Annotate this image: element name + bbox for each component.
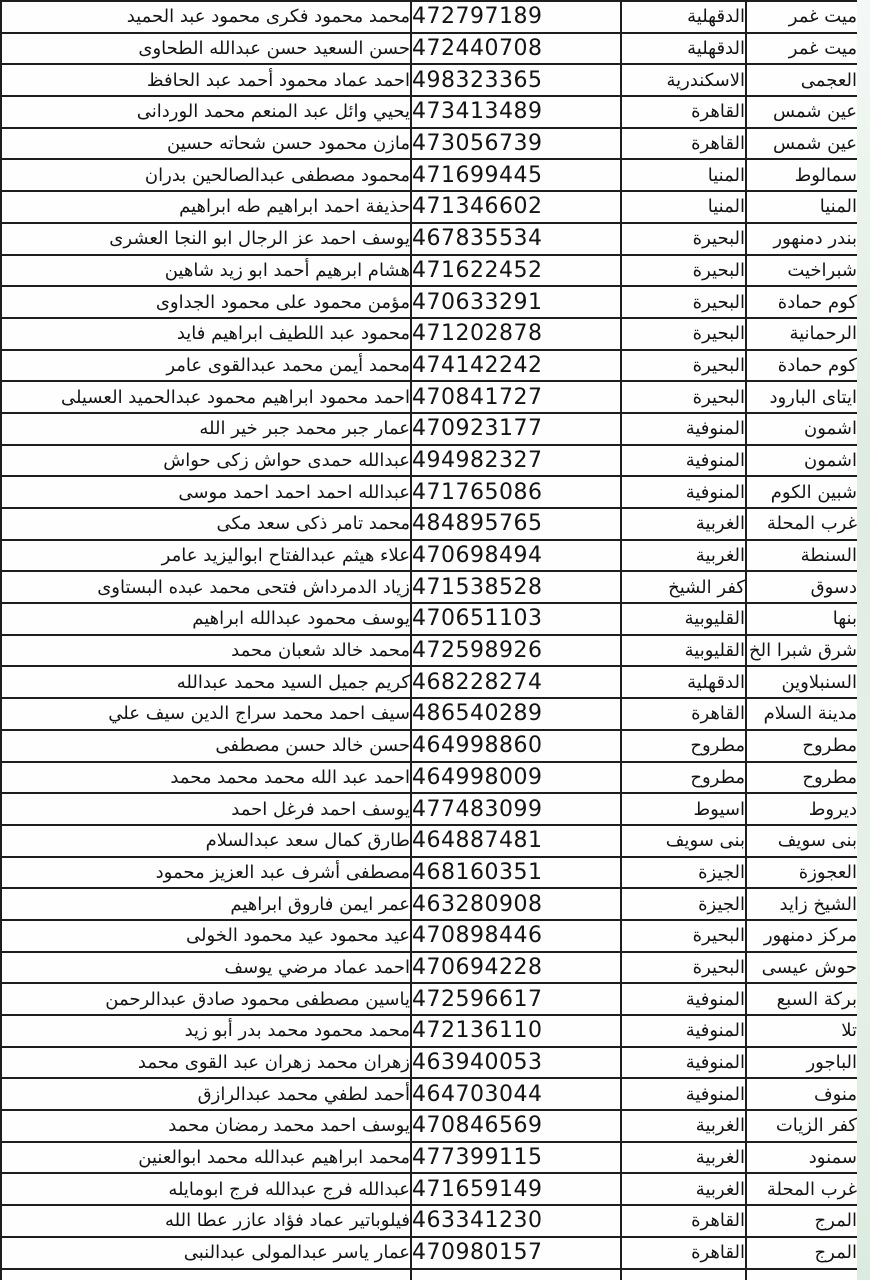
- name-cell: عبدالله فرج عبدالله فرج ابومايله: [1, 1173, 411, 1205]
- district-cell: مطروح: [746, 762, 858, 794]
- name-cell: محمود عبد اللطيف ابراهيم فايد: [1, 318, 411, 350]
- table-row: المرجالقاهرة470980157عمار ياسر عبدالمولى…: [1, 1237, 858, 1269]
- governorate-cell: المنوفية: [621, 476, 746, 508]
- name-cell: ياسين مصطفى محمود صادق عبدالرحمن: [1, 983, 411, 1015]
- governorate-cell: القاهرة: [621, 698, 746, 730]
- table-row: ديروطاسيوط477483099يوسف احمد فرغل احمد: [1, 793, 858, 825]
- table-row: العجمىالاسكندرية498323365احمد عماد محمود…: [1, 64, 858, 96]
- id-number-cell: 494982327: [411, 445, 621, 477]
- district-cell: سمالوط: [746, 159, 858, 191]
- table-row: بنى سويفبنى سويف464887481طارق كمال سعد ع…: [1, 825, 858, 857]
- name-cell: احمد عبد الله محمد محمد محمد: [1, 762, 411, 794]
- table-row: ايتاى البارودالبحيرة470841727احمد محمود …: [1, 381, 858, 413]
- district-cell: ديروط: [746, 793, 858, 825]
- table-row: كوم حمادةالبحيرة470633291مؤمن محمود على …: [1, 286, 858, 318]
- name-cell: محمد محمود محمد بدر أبو زيد: [1, 1015, 411, 1047]
- name-cell-empty: [1, 1269, 411, 1280]
- id-number-cell: 472598926: [411, 635, 621, 667]
- district-cell: اشمون: [746, 445, 858, 477]
- name-cell: يحيي وائل عبد المنعم محمد الوردانى: [1, 96, 411, 128]
- governorate-cell: المنيا: [621, 159, 746, 191]
- table-row: سمالوطالمنيا471699445محمود مصطفى عبدالصا…: [1, 159, 858, 191]
- id-number-cell: 470980157: [411, 1237, 621, 1269]
- district-cell: غرب المحلة: [746, 508, 858, 540]
- table-row: غرب المحلةالغربية484895765محمد تامر ذكى …: [1, 508, 858, 540]
- governorate-cell: البحيرة: [621, 350, 746, 382]
- table-row: السنبلاوينالدقهلية468228274كريم جميل الس…: [1, 666, 858, 698]
- scan-edge-strip: [857, 0, 870, 1280]
- id-number-cell: 470923177: [411, 413, 621, 445]
- name-cell: عمر ايمن فاروق ابراهيم: [1, 888, 411, 920]
- roster-table: ميت غمرالدقهلية472797189محمد محمود فكرى …: [0, 0, 859, 1280]
- district-cell: مركز دمنهور: [746, 920, 858, 952]
- table-row: كفر الزياتالغربية470846569يوسف احمد محمد…: [1, 1110, 858, 1142]
- name-cell: عمار ياسر عبدالمولى عبدالنبى: [1, 1237, 411, 1269]
- id-number-cell: 477483099: [411, 793, 621, 825]
- table-row: ميت غمرالدقهلية472440708حسن السعيد حسن ع…: [1, 33, 858, 65]
- district-cell: كوم حمادة: [746, 350, 858, 382]
- name-cell: زهران محمد زهران عبد القوى محمد: [1, 1047, 411, 1079]
- district-cell: كفر الزيات: [746, 1110, 858, 1142]
- district-cell: منوف: [746, 1078, 858, 1110]
- name-cell: فيلوباتير عماد فؤاد عازر عطا الله: [1, 1205, 411, 1237]
- table-row: السنطةالغربية470698494علاء هيثم عبدالفتا…: [1, 540, 858, 572]
- governorate-cell: اسيوط: [621, 793, 746, 825]
- district-cell: بنى سويف: [746, 825, 858, 857]
- governorate-cell: الاسكندرية: [621, 64, 746, 96]
- name-cell: هشام ابرهيم أحمد ابو زيد شاهين: [1, 255, 411, 287]
- governorate-cell: الجيزة: [621, 857, 746, 889]
- district-cell: مدينة السلام: [746, 698, 858, 730]
- governorate-cell: بنى سويف: [621, 825, 746, 857]
- table-row: المرجالقاهرة463341230فيلوباتير عماد فؤاد…: [1, 1205, 858, 1237]
- name-cell: زياد الدمرداش فتحى محمد عبده البستاوى: [1, 571, 411, 603]
- name-cell: يوسف محمود عبدالله ابراهيم: [1, 603, 411, 635]
- id-number-cell: 471659149: [411, 1173, 621, 1205]
- name-cell: احمد عماد مرضي يوسف: [1, 952, 411, 984]
- id-number-cell: 471538528: [411, 571, 621, 603]
- governorate-cell: كفر الشيخ: [621, 571, 746, 603]
- governorate-cell: القاهرة: [621, 128, 746, 160]
- table-row: المنياالمنيا471346602حذيفة احمد ابراهيم …: [1, 191, 858, 223]
- table-row: الباجورالمنوفية463940053زهران محمد زهران…: [1, 1047, 858, 1079]
- governorate-cell: القاهرة: [621, 1205, 746, 1237]
- governorate-cell: الغربية: [621, 1173, 746, 1205]
- id-number-cell: 471765086: [411, 476, 621, 508]
- district-cell: بنها: [746, 603, 858, 635]
- id-number-cell-empty: [411, 1269, 621, 1280]
- district-cell: المرج: [746, 1237, 858, 1269]
- district-cell: شبين الكوم: [746, 476, 858, 508]
- name-cell: كريم جميل السيد محمد عبدالله: [1, 666, 411, 698]
- id-number-cell: 471622452: [411, 255, 621, 287]
- district-cell: ميت غمر: [746, 33, 858, 65]
- name-cell: عبدالله حمدى حواش زكى حواش: [1, 445, 411, 477]
- id-number-cell: 471202878: [411, 318, 621, 350]
- table-row: مطروحمطروح464998009احمد عبد الله محمد مح…: [1, 762, 858, 794]
- governorate-cell: القليوبية: [621, 635, 746, 667]
- district-cell: شرق شبرا الخ: [746, 635, 858, 667]
- id-number-cell: 472136110: [411, 1015, 621, 1047]
- district-cell: سمنود: [746, 1142, 858, 1174]
- name-cell: محمد تامر ذكى سعد مكى: [1, 508, 411, 540]
- table-row: مدينة السلامالقاهرة486540289سيف احمد محم…: [1, 698, 858, 730]
- table-row: بنهاالقليوبية470651103يوسف محمود عبدالله…: [1, 603, 858, 635]
- id-number-cell: 464998009: [411, 762, 621, 794]
- district-cell: عين شمس: [746, 128, 858, 160]
- district-cell: تلا: [746, 1015, 858, 1047]
- district-cell: دسوق: [746, 571, 858, 603]
- name-cell: حسن السعيد حسن عبدالله الطحاوى: [1, 33, 411, 65]
- name-cell: محمد ابراهيم عبدالله محمد ابوالعنين: [1, 1142, 411, 1174]
- roster-body: ميت غمرالدقهلية472797189محمد محمود فكرى …: [1, 1, 858, 1280]
- name-cell: مصطفى أشرف عبد العزيز محمود: [1, 857, 411, 889]
- district-cell: الباجور: [746, 1047, 858, 1079]
- governorate-cell: البحيرة: [621, 318, 746, 350]
- governorate-cell: البحيرة: [621, 952, 746, 984]
- table-row: سمنودالغربية477399115محمد ابراهيم عبدالل…: [1, 1142, 858, 1174]
- governorate-cell: مطروح: [621, 730, 746, 762]
- governorate-cell: البحيرة: [621, 381, 746, 413]
- id-number-cell: 472440708: [411, 33, 621, 65]
- governorate-cell: الغربية: [621, 1142, 746, 1174]
- id-number-cell: 477399115: [411, 1142, 621, 1174]
- name-cell: عمار جبر محمد جبر خير الله: [1, 413, 411, 445]
- id-number-cell: 474142242: [411, 350, 621, 382]
- governorate-cell-empty: [621, 1269, 746, 1280]
- table-row: اشمونالمنوفية494982327عبدالله حمدى حواش …: [1, 445, 858, 477]
- district-cell: مطروح: [746, 730, 858, 762]
- id-number-cell: 468160351: [411, 857, 621, 889]
- name-cell: محمد أيمن محمد عبدالقوى عامر: [1, 350, 411, 382]
- name-cell: يوسف احمد فرغل احمد: [1, 793, 411, 825]
- name-cell: محمد محمود فكرى محمود عبد الحميد: [1, 1, 411, 33]
- district-cell: شبراخيت: [746, 255, 858, 287]
- table-row: غرب المحلةالغربية471659149عبدالله فرج عب…: [1, 1173, 858, 1205]
- table-row: حوش عيسىالبحيرة470694228احمد عماد مرضي ي…: [1, 952, 858, 984]
- name-cell: عيد محمود عيد محمود الخولى: [1, 920, 411, 952]
- table-row: شبين الكومالمنوفية471765086عبدالله احمد …: [1, 476, 858, 508]
- id-number-cell: 463940053: [411, 1047, 621, 1079]
- id-number-cell: 471699445: [411, 159, 621, 191]
- district-cell: المنيا: [746, 191, 858, 223]
- name-cell: طارق كمال سعد عبدالسلام: [1, 825, 411, 857]
- id-number-cell: 473413489: [411, 96, 621, 128]
- district-cell: كوم حمادة: [746, 286, 858, 318]
- id-number-cell: 470846569: [411, 1110, 621, 1142]
- district-cell: بركة السبع: [746, 983, 858, 1015]
- id-number-cell: 467835534: [411, 223, 621, 255]
- district-cell: عين شمس: [746, 96, 858, 128]
- id-number-cell: 471346602: [411, 191, 621, 223]
- name-cell: سيف احمد محمد سراج الدين سيف علي: [1, 698, 411, 730]
- name-cell: عبدالله احمد احمد احمد موسى: [1, 476, 411, 508]
- name-cell: احمد عماد محمود أحمد عبد الحافظ: [1, 64, 411, 96]
- governorate-cell: البحيرة: [621, 223, 746, 255]
- table-row: بندر دمنهورالبحيرة467835534يوسف احمد عز …: [1, 223, 858, 255]
- table-row: الشيخ زايدالجيزة463280908عمر ايمن فاروق …: [1, 888, 858, 920]
- table-row: شبراخيتالبحيرة471622452هشام ابرهيم أحمد …: [1, 255, 858, 287]
- table-row: بركة السبعالمنوفية472596617ياسين مصطفى م…: [1, 983, 858, 1015]
- id-number-cell: 470698494: [411, 540, 621, 572]
- id-number-cell: 470694228: [411, 952, 621, 984]
- district-cell: المرج: [746, 1205, 858, 1237]
- governorate-cell: الغربية: [621, 1110, 746, 1142]
- governorate-cell: المنوفية: [621, 413, 746, 445]
- district-cell: العجوزة: [746, 857, 858, 889]
- name-cell: علاء هيثم عبدالفتاح ابواليزيد عامر: [1, 540, 411, 572]
- name-cell: حذيفة احمد ابراهيم طه ابراهيم: [1, 191, 411, 223]
- table-row: ميت غمرالدقهلية472797189محمد محمود فكرى …: [1, 1, 858, 33]
- table-row: العجوزةالجيزة468160351مصطفى أشرف عبد الع…: [1, 857, 858, 889]
- name-cell: محمود مصطفى عبدالصالحين بدران: [1, 159, 411, 191]
- district-cell: ايتاى البارود: [746, 381, 858, 413]
- district-cell: السنبلاوين: [746, 666, 858, 698]
- district-cell: بندر دمنهور: [746, 223, 858, 255]
- district-cell-empty: [746, 1269, 858, 1280]
- id-number-cell: 463280908: [411, 888, 621, 920]
- name-cell: محمد خالد شعبان محمد: [1, 635, 411, 667]
- governorate-cell: الدقهلية: [621, 1, 746, 33]
- governorate-cell: المنوفية: [621, 1015, 746, 1047]
- governorate-cell: المنوفية: [621, 1047, 746, 1079]
- id-number-cell: 464998860: [411, 730, 621, 762]
- id-number-cell: 484895765: [411, 508, 621, 540]
- table-row: اشمونالمنوفية470923177عمار جبر محمد جبر …: [1, 413, 858, 445]
- table-row: الرحمانيةالبحيرة471202878محمود عبد اللطي…: [1, 318, 858, 350]
- governorate-cell: الغربية: [621, 508, 746, 540]
- id-number-cell: 468228274: [411, 666, 621, 698]
- id-number-cell: 464703044: [411, 1078, 621, 1110]
- governorate-cell: مطروح: [621, 762, 746, 794]
- district-cell: ميت غمر: [746, 1, 858, 33]
- governorate-cell: المنوفية: [621, 983, 746, 1015]
- name-cell: مؤمن محمود على محمود الجداوى: [1, 286, 411, 318]
- id-number-cell: 498323365: [411, 64, 621, 96]
- district-cell: غرب المحلة: [746, 1173, 858, 1205]
- governorate-cell: الدقهلية: [621, 33, 746, 65]
- table-row: دسوقكفر الشيخ471538528زياد الدمرداش فتحى…: [1, 571, 858, 603]
- table-row: مطروحمطروح464998860حسن خالد حسن مصطفى: [1, 730, 858, 762]
- table-row: شرق شبرا الخالقليوبية472598926محمد خالد …: [1, 635, 858, 667]
- table-row: كوم حمادةالبحيرة474142242محمد أيمن محمد …: [1, 350, 858, 382]
- governorate-cell: القاهرة: [621, 1237, 746, 1269]
- district-cell: العجمى: [746, 64, 858, 96]
- name-cell: يوسف احمد محمد رمضان محمد: [1, 1110, 411, 1142]
- id-number-cell: 470633291: [411, 286, 621, 318]
- district-cell: الشيخ زايد: [746, 888, 858, 920]
- name-cell: مازن محمود حسن شحاته حسين: [1, 128, 411, 160]
- name-cell: حسن خالد حسن مصطفى: [1, 730, 411, 762]
- governorate-cell: المنيا: [621, 191, 746, 223]
- district-cell: الرحمانية: [746, 318, 858, 350]
- table-row: منوفالمنوفية464703044أحمد لطفي محمد عبدا…: [1, 1078, 858, 1110]
- district-cell: السنطة: [746, 540, 858, 572]
- governorate-cell: القاهرة: [621, 96, 746, 128]
- governorate-cell: البحيرة: [621, 286, 746, 318]
- district-cell: اشمون: [746, 413, 858, 445]
- id-number-cell: 470841727: [411, 381, 621, 413]
- id-number-cell: 464887481: [411, 825, 621, 857]
- name-cell: يوسف احمد عز الرجال ابو النجا العشرى: [1, 223, 411, 255]
- table-row: عين شمسالقاهرة473056739مازن محمود حسن شح…: [1, 128, 858, 160]
- id-number-cell: 472797189: [411, 1, 621, 33]
- governorate-cell: المنوفية: [621, 445, 746, 477]
- scanned-roster-page: ميت غمرالدقهلية472797189محمد محمود فكرى …: [0, 0, 870, 1280]
- id-number-cell: 473056739: [411, 128, 621, 160]
- id-number-cell: 463341230: [411, 1205, 621, 1237]
- id-number-cell: 472596617: [411, 983, 621, 1015]
- governorate-cell: البحيرة: [621, 920, 746, 952]
- governorate-cell: الجيزة: [621, 888, 746, 920]
- governorate-cell: البحيرة: [621, 255, 746, 287]
- table-row: عين شمسالقاهرة473413489يحيي وائل عبد الم…: [1, 96, 858, 128]
- governorate-cell: القليوبية: [621, 603, 746, 635]
- governorate-cell: الدقهلية: [621, 666, 746, 698]
- governorate-cell: الغربية: [621, 540, 746, 572]
- id-number-cell: 470898446: [411, 920, 621, 952]
- id-number-cell: 470651103: [411, 603, 621, 635]
- table-row: مركز دمنهورالبحيرة470898446عيد محمود عيد…: [1, 920, 858, 952]
- partial-table-row: [1, 1269, 858, 1280]
- district-cell: حوش عيسى: [746, 952, 858, 984]
- governorate-cell: المنوفية: [621, 1078, 746, 1110]
- table-row: تلاالمنوفية472136110محمد محمود محمد بدر …: [1, 1015, 858, 1047]
- name-cell: احمد محمود ابراهيم محمود عبدالحميد العسي…: [1, 381, 411, 413]
- name-cell: أحمد لطفي محمد عبدالرازق: [1, 1078, 411, 1110]
- id-number-cell: 486540289: [411, 698, 621, 730]
